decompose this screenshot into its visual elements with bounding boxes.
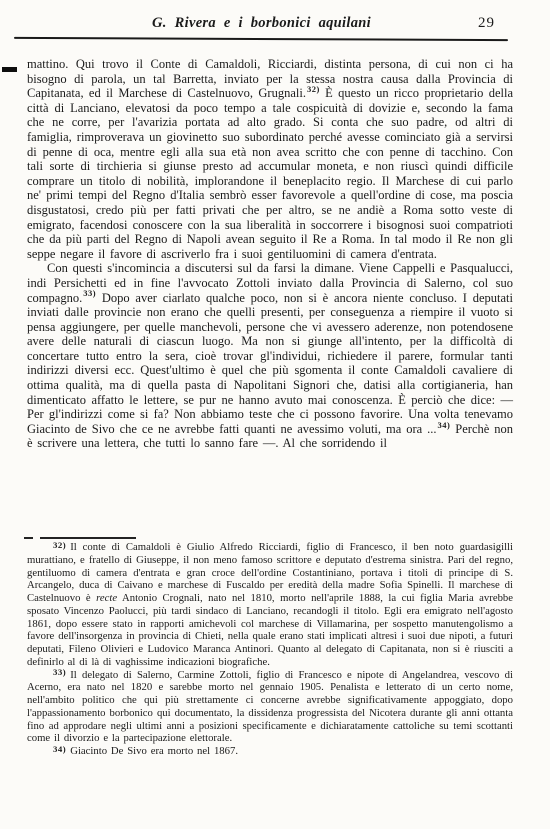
footnote-marker: 34) (53, 744, 66, 754)
footnote-ref-34: 34) (436, 420, 450, 430)
footnote-marker: 32) (53, 540, 66, 550)
page-header: G. Rivera e i borbonici aquilani 29 (15, 15, 508, 37)
footnote-32: 32)Il conte di Camaldoli è Giulio Alfred… (27, 541, 513, 669)
margin-mark (2, 67, 17, 72)
footnote-text-segment: Il delegato di Salerno, Carmine Zottoli,… (27, 669, 513, 745)
footnote-34: 34)Giacinto De Sivo era morto nel 1867. (27, 745, 513, 758)
page-body: mattino. Qui trovo il Conte di Camaldoli… (27, 57, 513, 451)
running-title: G. Rivera e i borbonici aquilani (15, 15, 508, 32)
footnote-separator (24, 529, 136, 532)
body-paragraph-2: Con questi s'incomincia a discutersi sul… (27, 261, 513, 451)
body-paragraph-1: mattino. Qui trovo il Conte di Camaldoli… (27, 57, 513, 261)
footnote-33: 33)Il delegato di Salerno, Carmine Zotto… (27, 669, 513, 746)
paragraph-text-segment: È questo un ricco proprietario della cit… (27, 86, 513, 261)
footnote-text-italic: recte (96, 592, 117, 604)
page-number: 29 (478, 15, 495, 32)
paragraph-text-segment: Dopo aver ciarlato qualche poco, non si … (27, 291, 513, 436)
footnote-marker: 33) (53, 667, 66, 677)
footnote-ref-32: 32) (306, 84, 320, 94)
footnote-separator-dash (24, 537, 33, 539)
header-rule (14, 37, 508, 41)
footnote-ref-33: 33) (82, 288, 96, 298)
footnote-text-segment: Giacinto De Sivo era morto nel 1867. (70, 745, 238, 757)
footnotes-section: 32)Il conte di Camaldoli è Giulio Alfred… (27, 541, 513, 758)
book-page: G. Rivera e i borbonici aquilani 29 matt… (0, 0, 550, 829)
